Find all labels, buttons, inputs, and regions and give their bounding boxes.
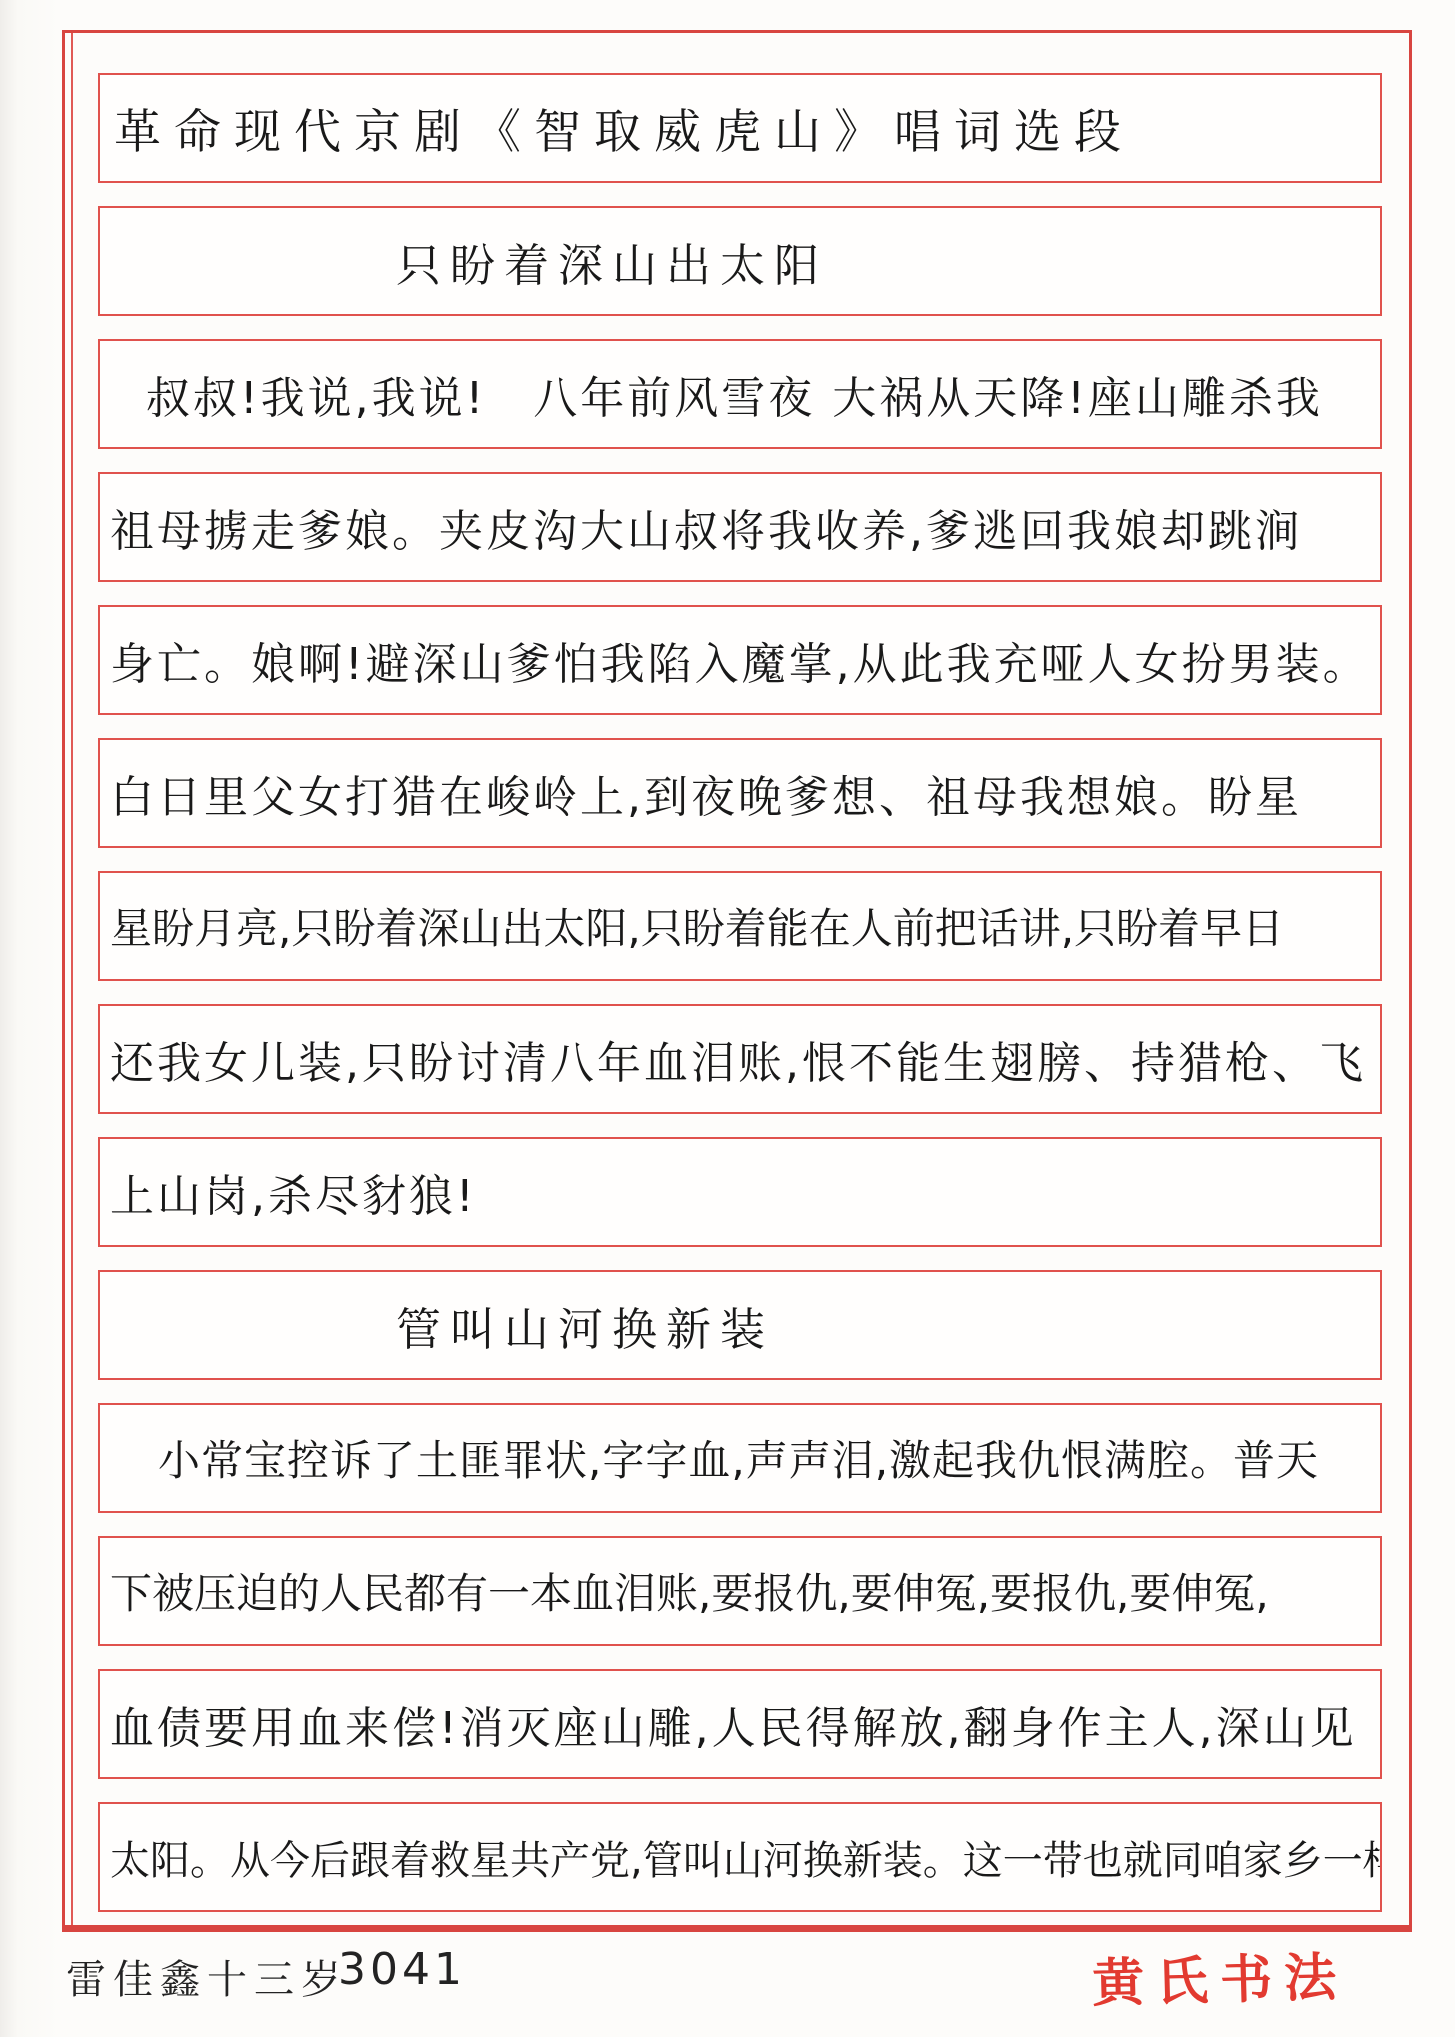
lyric-line-10: 血债要用血来偿!消灭座山雕,人民得解放,翻身作主人,深山见 [98, 1669, 1382, 1779]
lyric-line-9: 下被压迫的人民都有一本血泪账,要报仇,要伸冤,要报仇,要伸冤, [98, 1536, 1382, 1646]
lyric-line-2: 祖母掳走爹娘。夹皮沟大山叔将我收养,爹逃回我娘却跳涧 [98, 472, 1382, 582]
title-text: 革命现代京剧《智取威虎山》唱词选段 [114, 95, 1134, 162]
lyric-line-1: 叔叔!我说,我说! 八年前风雪夜 大祸从天降!座山雕杀我 [98, 339, 1382, 449]
lyric-line-4: 白日里父女打猎在峻岭上,到夜晚爹想、祖母我想娘。盼星 [98, 738, 1382, 848]
lyric-line-5: 星盼月亮,只盼着深山出太阳,只盼着能在人前把话讲,只盼着早日 [98, 871, 1382, 981]
section-heading-2-text: 管叫山河换新装 [396, 1293, 774, 1358]
section-heading-1: 只盼着深山出太阳 [98, 206, 1382, 316]
studio-seal: 黄氏书法 [1091, 1935, 1349, 2017]
title-line: 革命现代京剧《智取威虎山》唱词选段 [98, 73, 1382, 183]
lyric-line-8: 小常宝控诉了土匪罪状,字字血,声声泪,激起我仇恨满腔。普天 [98, 1403, 1382, 1513]
student-number: 3041 [338, 1944, 466, 1995]
calligraphy-sheet: 革命现代京剧《智取威虎山》唱词选段 只盼着深山出太阳 叔叔!我说,我说! 八年前… [0, 0, 1455, 2037]
section-heading-2: 管叫山河换新装 [98, 1270, 1382, 1380]
outer-frame: 革命现代京剧《智取威虎山》唱词选段 只盼着深山出太阳 叔叔!我说,我说! 八年前… [62, 30, 1412, 1932]
lyric-line-11: 太阳。从今后跟着救星共产党,管叫山河换新装。这一带也就同咱家乡一样 [98, 1802, 1382, 1912]
signature: 雷佳鑫十三岁 [66, 1948, 348, 2005]
lyric-line-7: 上山岗,杀尽豺狼! [98, 1137, 1382, 1247]
lyric-line-3: 身亡。娘啊!避深山爹怕我陷入魔掌,从此我充哑人女扮男装。 [98, 605, 1382, 715]
section-heading-1-text: 只盼着深山出太阳 [396, 229, 828, 294]
lyric-line-6: 还我女儿装,只盼讨清八年血泪账,恨不能生翅膀、持猎枪、飞 [98, 1004, 1382, 1114]
text-rows: 革命现代京剧《智取威虎山》唱词选段 只盼着深山出太阳 叔叔!我说,我说! 八年前… [98, 73, 1382, 1912]
